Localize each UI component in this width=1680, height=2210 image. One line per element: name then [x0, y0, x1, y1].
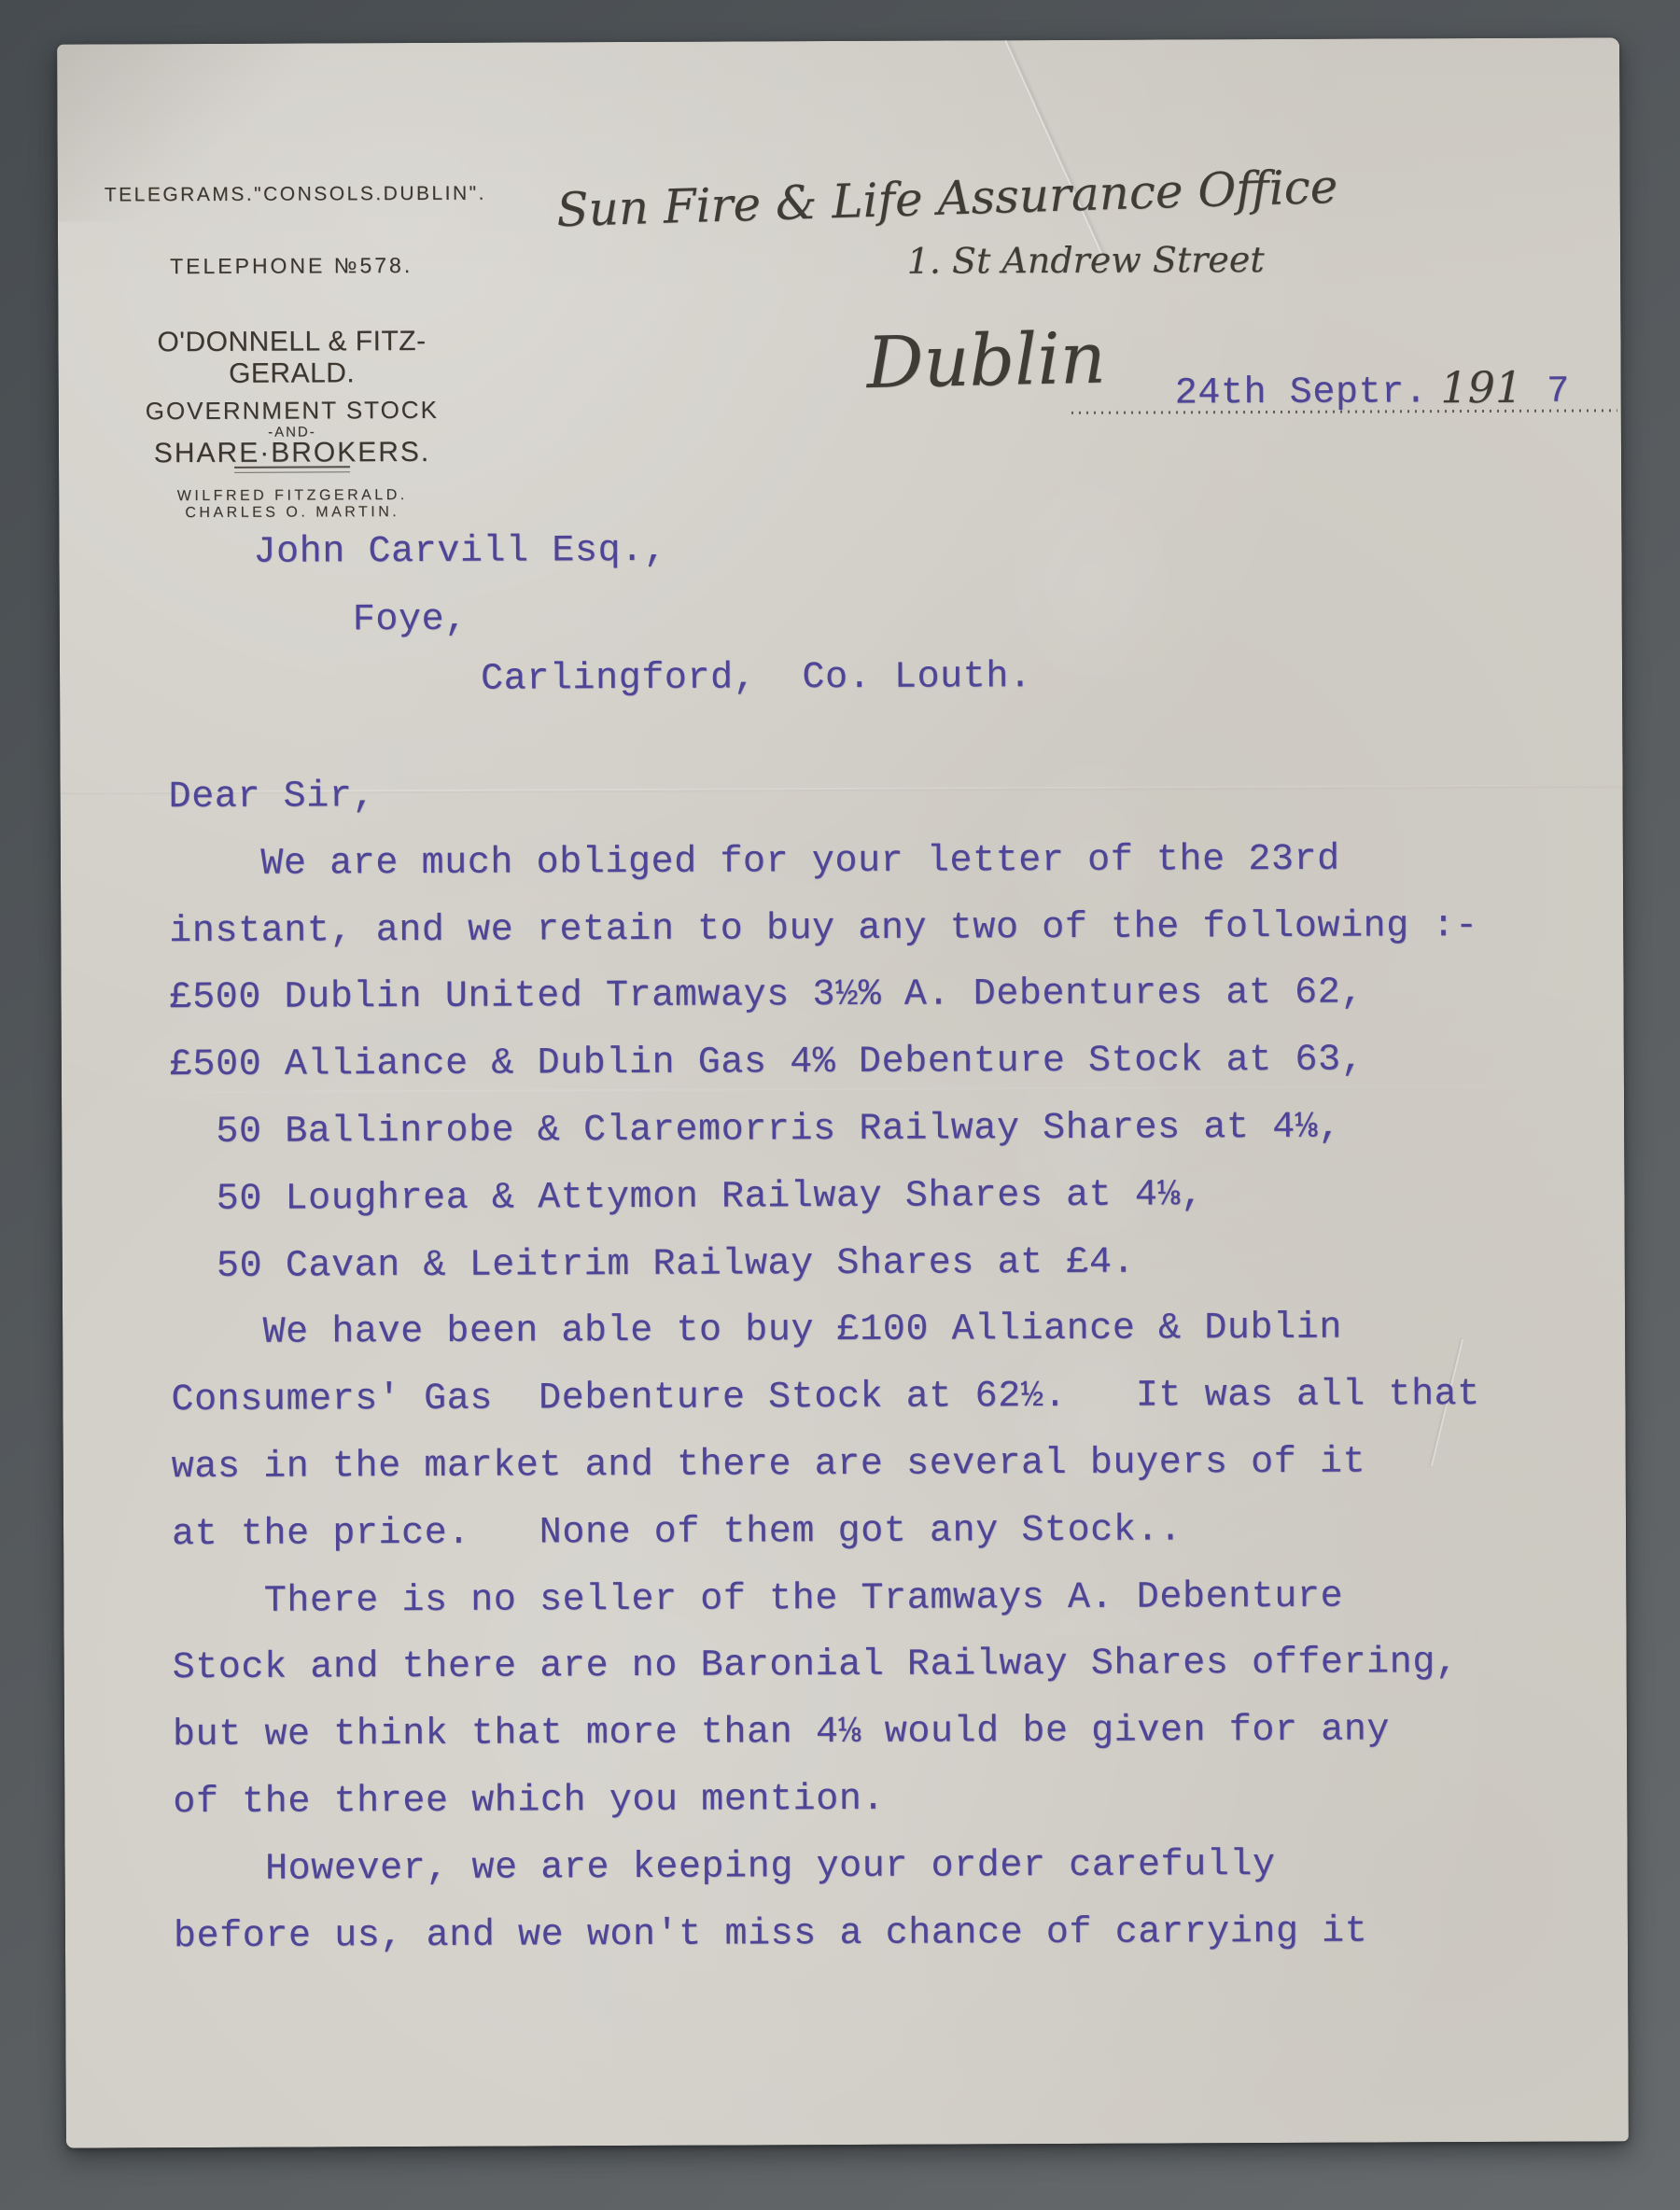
letter-body: Dear Sir, We are much obliged for your l…: [168, 759, 1574, 1971]
recipient-name: John Carvill Esq.,: [253, 530, 666, 574]
printed-year: 191: [1440, 362, 1522, 413]
body-line: but we think that more than 4⅛ would be …: [173, 1697, 1573, 1769]
body-line: Stock and there are no Baronial Railway …: [173, 1630, 1573, 1702]
photo-background: TELEGRAMS."CONSOLS.DUBLIN". TELEPHONE №5…: [0, 0, 1680, 2210]
paper-crease: [1004, 40, 1104, 258]
letterhead-block: TELEGRAMS."CONSOLS.DUBLIN". TELEPHONE №5…: [105, 183, 480, 523]
body-line: of the three which you mention.: [173, 1764, 1573, 1837]
body-line: 50 Ballinrobe & Claremorris Railway Shar…: [170, 1094, 1570, 1167]
body-line: at the price. None of them got any Stock…: [172, 1495, 1572, 1568]
telephone-line: TELEPHONE №578.: [105, 253, 478, 279]
body-line: There is no seller of the Tramways A. De…: [172, 1562, 1572, 1635]
typed-year-digit: 7: [1547, 371, 1570, 413]
body-line: 50 Cavan & Leitrim Railway Shares at £4.: [171, 1227, 1571, 1300]
body-line: was in the market and there are several …: [172, 1429, 1572, 1502]
body-line: £500 Alliance & Dublin Gas 4% Debenture …: [170, 1027, 1570, 1099]
body-line: However, we are keeping your order caref…: [173, 1830, 1573, 1903]
typed-date: 24th Septr.: [1175, 371, 1428, 414]
body-line: Consumers' Gas Debenture Stock at 62½. I…: [171, 1362, 1571, 1434]
salutation: Dear Sir,: [168, 759, 1568, 832]
firm-brokers-line: SHARE·BROKERS.: [105, 441, 479, 466]
partner-name: CHARLES O. MARTIN.: [105, 504, 479, 523]
letter-paper: TELEGRAMS."CONSOLS.DUBLIN". TELEPHONE №5…: [57, 37, 1629, 2147]
telegrams-line: TELEGRAMS."CONSOLS.DUBLIN".: [105, 183, 478, 207]
firm-role-line: GOVERNMENT STOCK: [105, 397, 479, 425]
office-name-script: Sun Fire & Life Assurance Office: [536, 159, 1358, 238]
city-script: Dublin: [866, 316, 1107, 405]
body-line: We are much obliged for your letter of t…: [169, 825, 1569, 898]
date-line: 24th Septr.1917: [1175, 361, 1570, 415]
body-line: We have been able to buy £100 Alliance &…: [171, 1294, 1571, 1367]
body-line: 50 Loughrea & Attymon Railway Shares at …: [170, 1160, 1570, 1233]
recipient-house: Foye,: [353, 599, 468, 642]
street-address-script: 1. St Andrew Street: [861, 239, 1309, 282]
recipient-town: Carlingford, Co. Louth.: [481, 656, 1032, 701]
body-line: before us, and we won't miss a chance of…: [174, 1897, 1574, 1970]
body-line: £500 Dublin United Tramways 3½% A. Deben…: [169, 959, 1569, 1032]
partner-name: WILFRED FITZGERALD.: [105, 487, 479, 506]
body-line: instant, and we retain to buy any two of…: [169, 892, 1569, 965]
firm-name: O'DONNELL & FITZ-GERALD.: [105, 326, 478, 391]
